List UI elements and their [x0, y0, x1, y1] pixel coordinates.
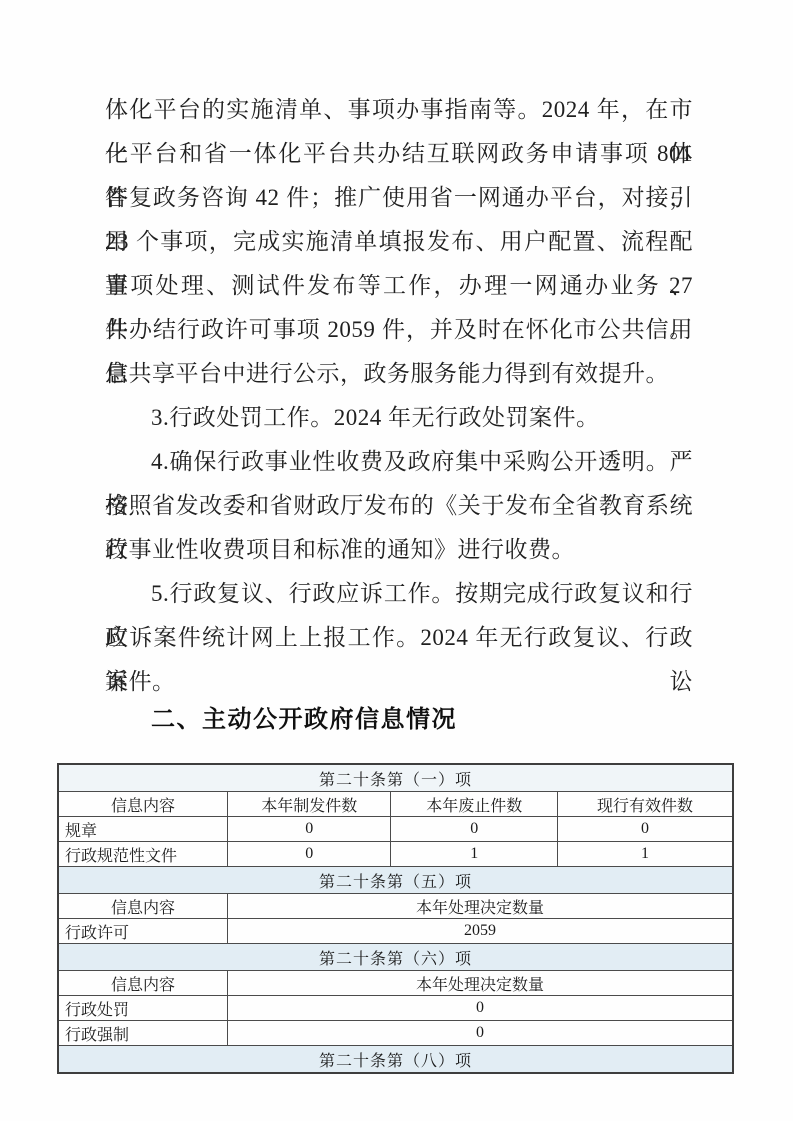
- text-line: 答复政务咨询 42 件；推广使用省一网通办平台，对接引用: [105, 176, 693, 220]
- text-line: 3.行政处罚工作。2024 年无行政处罚案件。: [105, 396, 693, 440]
- text-line: 息共享平台中进行公示，政务服务能力得到有效提升。: [105, 352, 693, 396]
- text-line: 化平台和省一体化平台共办结互联网政务申请事项 801 件，: [105, 132, 693, 176]
- table-column-header: 本年处理决定数量: [227, 971, 733, 996]
- table-section-title: 第二十条第（五）项: [58, 867, 733, 894]
- table-cell-value: 0: [227, 996, 733, 1021]
- table-cell-value: 2059: [227, 919, 733, 944]
- text-line: 体化平台的实施清单、事项办事指南等。2024 年，在市一体: [105, 88, 693, 132]
- text-line: 按照省发改委和省财政厅发布的《关于发布全省教育系统行: [105, 484, 693, 528]
- table-row-label: 行政强制: [58, 1021, 227, 1046]
- table-column-header: 现行有效件数: [557, 792, 733, 817]
- table-section-title: 第二十条第（一）项: [58, 764, 733, 792]
- table-column-header: 信息内容: [58, 971, 227, 996]
- body-text: 体化平台的实施清单、事项办事指南等。2024 年，在市一体化平台和省一体化平台共…: [105, 88, 693, 704]
- table-cell-value: 0: [557, 817, 733, 842]
- text-line: 共办结行政许可事项 2059 件，并及时在怀化市公共信用信: [105, 308, 693, 352]
- statistics-table: 第二十条第（一）项信息内容本年制发件数本年废止件数现行有效件数规章000行政规范…: [57, 763, 734, 1074]
- text-line: 5.行政复议、行政应诉工作。按期完成行政复议和行政: [105, 572, 693, 616]
- table-cell-value: 1: [391, 842, 557, 867]
- table-cell-value: 1: [557, 842, 733, 867]
- text-line: 4.确保行政事业性收费及政府集中采购公开透明。严格: [105, 440, 693, 484]
- table-column-header: 本年处理决定数量: [227, 894, 733, 919]
- text-line: 23 个事项，完成实施清单填报发布、用户配置、流程配置、: [105, 220, 693, 264]
- text-line: 应诉案件统计网上上报工作。2024 年无行政复议、行政诉讼: [105, 616, 693, 660]
- table-row-label: 行政许可: [58, 919, 227, 944]
- table-section-title: 第二十条第（六）项: [58, 944, 733, 971]
- table-row-label: 行政处罚: [58, 996, 227, 1021]
- table-cell-value: 0: [391, 817, 557, 842]
- table-column-header: 信息内容: [58, 894, 227, 919]
- table-row-label: 规章: [58, 817, 227, 842]
- table-column-header: 本年制发件数: [227, 792, 390, 817]
- text-line: 事项处理、测试件发布等工作，办理一网通办业务 27 件。: [105, 264, 693, 308]
- table-cell-value: 0: [227, 842, 390, 867]
- table-cell-value: 0: [227, 817, 390, 842]
- section-heading: 二、主动公开政府信息情况: [151, 699, 457, 734]
- text-line: 政事业性收费项目和标准的通知》进行收费。: [105, 528, 693, 572]
- document-page: 体化平台的实施清单、事项办事指南等。2024 年，在市一体化平台和省一体化平台共…: [0, 0, 793, 1121]
- table-row-label: 行政规范性文件: [58, 842, 227, 867]
- table-section-title: 第二十条第（八）项: [58, 1046, 733, 1074]
- table-column-header: 信息内容: [58, 792, 227, 817]
- table-column-header: 本年废止件数: [391, 792, 557, 817]
- table-cell-value: 0: [227, 1021, 733, 1046]
